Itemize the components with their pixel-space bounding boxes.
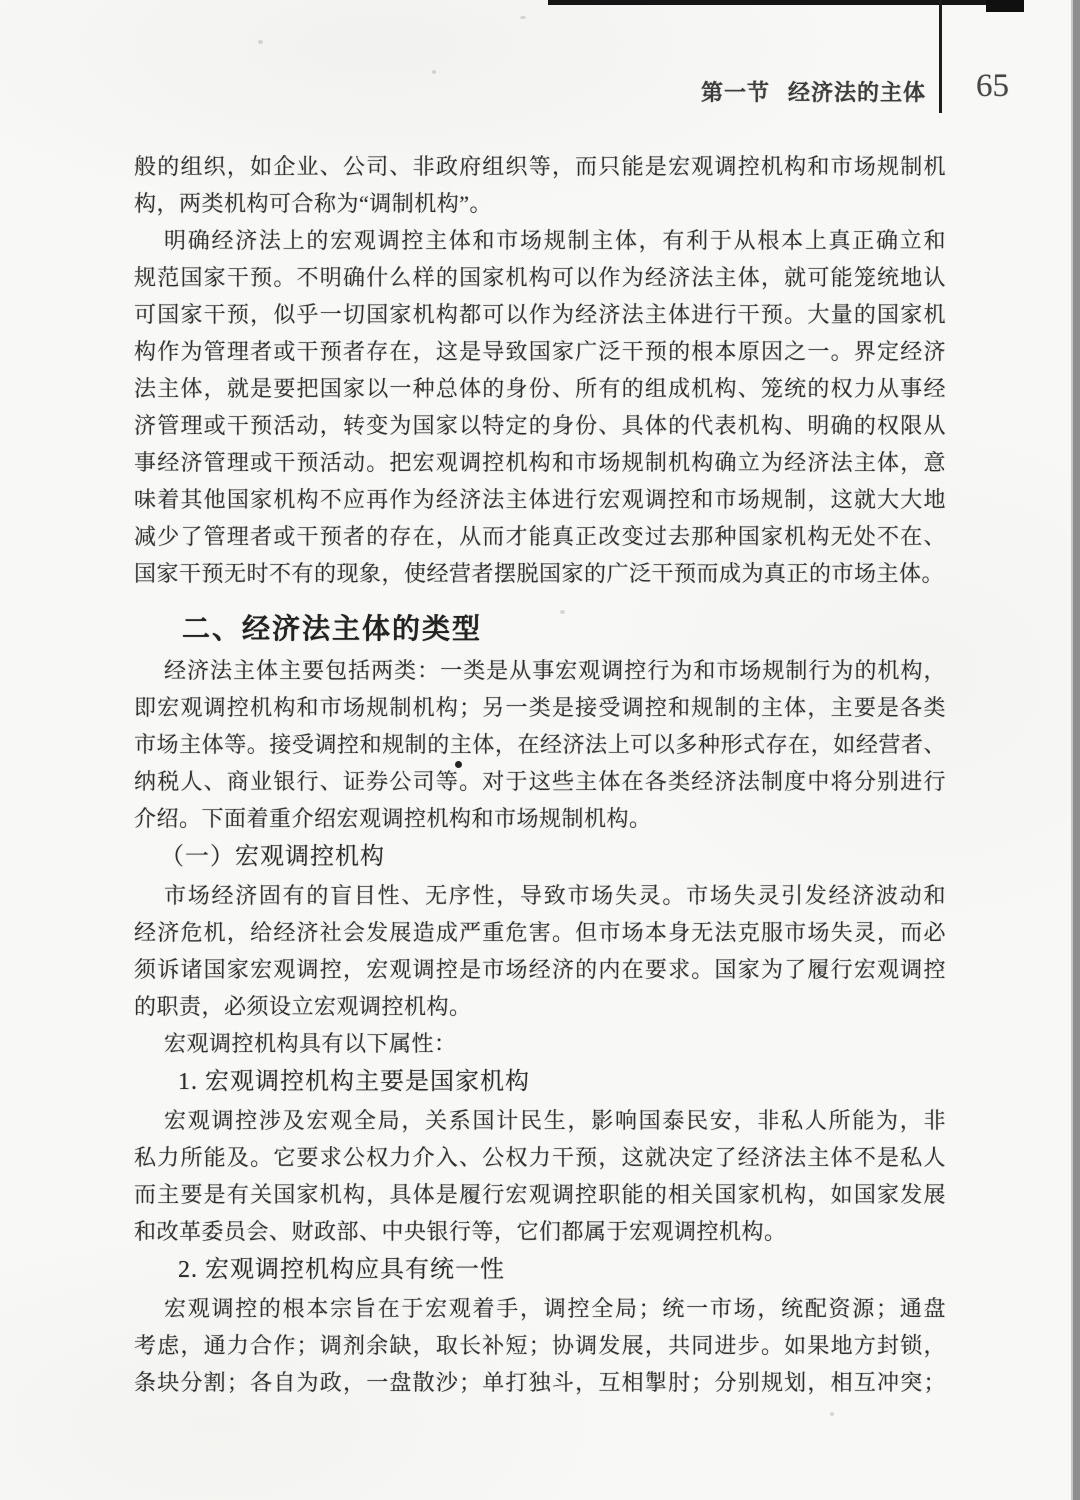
scanned-book-page: 第一节经济法的主体 65 般的组织，如企业、公司、非政府组织等，而只能是宏观调控… <box>0 0 1080 1500</box>
page-content: 般的组织，如企业、公司、非政府组织等，而只能是宏观调控机构和市场规制机构，两类机… <box>134 148 946 1401</box>
text-line: 宏观调控机构具有以下属性： <box>134 1025 946 1062</box>
heading-line: 二、经济法主体的类型 <box>134 606 946 652</box>
text-line: 考虑，通力合作；调剂余缺，取长补短；协调发展，共同进步。如果地方封锁， <box>134 1327 946 1364</box>
text-line: 即宏观调控机构和市场规制机构；另一类是接受调控和规制的主体，主要是各类 <box>134 689 946 726</box>
section-label: 第一节 <box>701 80 770 105</box>
scan-artifact-speck <box>520 16 526 19</box>
text-line: 法主体，就是要把国家以一种总体的身份、所有的组成机构、笼统的权力从事经 <box>134 370 946 407</box>
text-line: 纳税人、商业银行、证券公司等。对于这些主体在各类经济法制度中将分别进行 <box>134 763 946 800</box>
section-title: 经济法的主体 <box>788 80 926 105</box>
text-line: 和改革委员会、财政部、中央银行等，它们都属于宏观调控机构。 <box>134 1213 946 1250</box>
text-line: 的职责，必须设立宏观调控机构。 <box>134 988 946 1025</box>
text-line: 济管理或干预活动，转变为国家以特定的身份、具体的代表机构、明确的权限从 <box>134 407 946 444</box>
running-header: 第一节经济法的主体 <box>701 76 926 107</box>
scan-artifact-speck <box>258 40 263 44</box>
text-line: 明确经济法上的宏观调控主体和市场规制主体，有利于从根本上真正确立和 <box>134 222 946 259</box>
scan-artifact-top-bar <box>548 0 1024 5</box>
text-line: 介绍。下面着重介绍宏观调控机构和市场规制机构。 <box>134 800 946 837</box>
text-line: 国家干预无时不有的现象，使经营者摆脱国家的广泛干预而成为真正的市场主体。 <box>134 555 946 592</box>
text-line: 市场经济固有的盲目性、无序性，导致市场失灵。市场失灵引发经济波动和 <box>134 877 946 914</box>
text-line: 事经济管理或干预活动。把宏观调控机构和市场规制机构确立为经济法主体，意 <box>134 444 946 481</box>
text-line: 而主要是有关国家机构，具体是履行宏观调控职能的相关国家机构，如国家发展 <box>134 1176 946 1213</box>
text-line: 须诉诸国家宏观调控，宏观调控是市场经济的内在要求。国家为了履行宏观调控 <box>134 951 946 988</box>
text-line: 宏观调控的根本宗旨在于宏观着手，调控全局；统一市场，统配资源；通盘 <box>134 1290 946 1327</box>
text-line: 味着其他国家机构不应再作为经济法主体进行宏观调控和市场规制，这就大大地 <box>134 481 946 518</box>
text-line: 私力所能及。它要求公权力介入、公权力干预，这就决定了经济法主体不是私人 <box>134 1139 946 1176</box>
text-line: 市场主体等。接受调控和规制的主体，在经济法上可以多种形式存在，如经营者、 <box>134 726 946 763</box>
page-number: 65 <box>976 68 1009 105</box>
text-line: 宏观调控涉及宏观全局，关系国计民生，影响国泰民安，非私人所能为，非 <box>134 1102 946 1139</box>
scan-artifact-speck <box>432 70 436 74</box>
text-line: 般的组织，如企业、公司、非政府组织等，而只能是宏观调控机构和市场规制机 <box>134 148 946 185</box>
text-line: 经济法主体主要包括两类：一类是从事宏观调控行为和市场规制行为的机构， <box>134 652 946 689</box>
text-line: 构，两类机构可合称为“调制机构”。 <box>134 185 946 222</box>
heading-line: （一）宏观调控机构 <box>134 837 946 877</box>
header-divider-line <box>939 0 942 113</box>
scan-artifact-right-edge-strip <box>1071 0 1080 1500</box>
heading-line: 1. 宏观调控机构主要是国家机构 <box>134 1062 946 1102</box>
text-line: 经济危机，给经济社会发展造成严重危害。但市场本身无法克服市场失灵，而必 <box>134 914 946 951</box>
text-line: 条块分割；各自为政，一盘散沙；单打独斗，互相掣肘；分别规划，相互冲突； <box>134 1364 946 1401</box>
text-line: 构作为管理者或干预者存在，这是导致国家广泛干预的根本原因之一。界定经济 <box>134 333 946 370</box>
text-line: 减少了管理者或干预者的存在，从而才能真正改变过去那种国家机构无处不在、 <box>134 518 946 555</box>
text-line: 可国家干预，似乎一切国家机构都可以作为经济法主体进行干预。大量的国家机 <box>134 296 946 333</box>
text-line: 规范国家干预。不明确什么样的国家机构可以作为经济法主体，就可能笼统地认 <box>134 259 946 296</box>
heading-line: 2. 宏观调控机构应具有统一性 <box>134 1250 946 1290</box>
scan-artifact-speck <box>830 1412 834 1416</box>
scan-artifact-top-corner-mark <box>986 0 1024 12</box>
